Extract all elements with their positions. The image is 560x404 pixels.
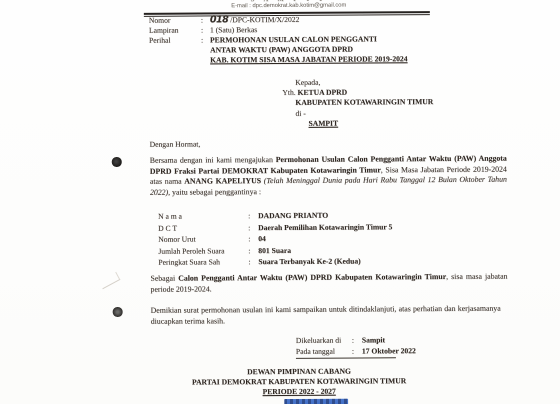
nomor-label: Nomor <box>149 15 201 25</box>
perihal-line3: KAB. KOTIM SISA MASA JABATAN PERIODE 201… <box>210 54 407 64</box>
meta-row-perihal-3: KAB. KOTIM SISA MASA JABATAN PERIODE 201… <box>210 54 407 65</box>
issued-place-row: Dikeluarkan di:Sampit <box>296 335 396 346</box>
peringkat-label: Peringkat Suara Sah <box>158 256 248 268</box>
paragraph-as-replacement: Sebagai Calon Pengganti Antar Waktu (PAW… <box>150 272 507 295</box>
salutation: Dengan Hormat, <box>150 139 201 148</box>
para1-text-3: , yaitu sebagai penggantinya : <box>168 187 261 197</box>
para2-bold: Calon Pengganti Antar Waktu (PAW) DPRD K… <box>178 272 446 283</box>
para2-text-1: Sebagai <box>150 274 178 283</box>
bullet-dot-1 <box>112 157 122 167</box>
yth-label: Yth. <box>282 88 295 97</box>
nomor-value: /DPC-KOTIM/X/2022 <box>230 15 299 24</box>
nomor-urut-colon: : <box>248 233 258 245</box>
candidate-row-peringkat: Peringkat Suara Sah:Suara Terbanyak Ke-2… <box>158 255 392 268</box>
jumlah-suara-colon: : <box>248 245 258 257</box>
lampiran-label: Lampiran <box>149 25 201 35</box>
candidate-detail-list: N a m a:DADANG PRIANTO D C T:Daerah Pemi… <box>158 209 393 268</box>
lampiran-colon: : <box>201 25 210 35</box>
nomor-urut-label: Nomor Urut <box>158 233 248 245</box>
peringkat-value: Suara Terbanyak Ke-2 (Kedua) <box>258 257 360 267</box>
letterhead-email: E-mail : dpc.demokrat.kab.kotim@gmail.co… <box>144 2 434 10</box>
para1-text-1: Bersama dengan ini kami mengajukan <box>150 155 276 165</box>
perihal-line1: PERMOHONAN USULAN CALON PENGGANTI <box>210 34 377 44</box>
issued-date-row: Pada tanggal:17 Oktober 2022 <box>296 346 396 359</box>
issued-place-colon: : <box>352 336 362 347</box>
dct-value: Daerah Pemilihan Kotawaringin Timur 5 <box>258 222 392 232</box>
pencil-smudge-artifact <box>99 272 121 289</box>
candidate-row-dct: D C T:Daerah Pemilihan Kotawaringin Timu… <box>158 221 392 234</box>
lampiran-value: 1 (Satu) Berkas <box>210 25 257 34</box>
recipient-org: KABUPATEN KOTAWARINGIN TIMUR <box>295 97 433 108</box>
nama-value: DADANG PRIANTO <box>258 211 328 220</box>
paragraph-request: Bersama dengan ini kami mengajukan Permo… <box>150 154 507 199</box>
nama-label: N a m a <box>158 210 248 222</box>
issued-date-value: 17 Oktober 2022 <box>362 346 416 355</box>
nomor-colon: : <box>201 15 210 25</box>
issued-date-colon: : <box>352 346 362 357</box>
jumlah-suara-label: Jumlah Peroleh Suara <box>158 245 248 257</box>
letter-meta: Nomor:018 /DPC-KOTIM/X/2022 Lampiran:1 (… <box>149 14 408 66</box>
recipient-city: SAMPIT <box>308 118 433 129</box>
recipient-title: KETUA DPRD <box>298 88 348 97</box>
blue-highlighted-text <box>284 398 348 404</box>
peringkat-colon: : <box>248 256 258 268</box>
perihal-line2: ANTAR WAKTU (PAW) ANGGOTA DPRD <box>210 45 353 55</box>
dct-label: D C T <box>158 222 248 234</box>
perihal-label: Perihal <box>149 35 201 45</box>
paragraph-closing: Demikian surat permohonan usulan ini kam… <box>151 304 501 327</box>
dct-colon: : <box>248 222 258 234</box>
issued-place-value: Sampit <box>362 335 385 344</box>
scan-content: S A M P I T E-mail : dpc.demokrat.kab.ko… <box>0 0 560 404</box>
issued-date-label: Pada tanggal <box>296 346 352 357</box>
perihal-colon: : <box>201 35 210 45</box>
issued-block: Dikeluarkan di:Sampit Pada tanggal:17 Ok… <box>296 335 396 358</box>
organization-block: DEWAN PIMPINAN CABANG PARTAI DEMOKRAT KA… <box>141 366 457 404</box>
issued-place-label: Dikeluarkan di <box>296 336 352 347</box>
jumlah-suara-value: 801 Suara <box>258 245 291 254</box>
bullet-dot-2 <box>113 307 123 317</box>
nomor-urut-value: 04 <box>258 234 266 243</box>
nama-colon: : <box>248 210 258 222</box>
scanned-letter-page: S A M P I T E-mail : dpc.demokrat.kab.ko… <box>0 0 560 404</box>
recipient-block: Kepada, Yth. KETUA DPRD KABUPATEN KOTAWA… <box>282 77 433 129</box>
nomor-handwritten-number: 018 <box>210 14 228 25</box>
org-period: PERIODE 2022 - 2027 <box>141 386 457 398</box>
para1-deceased-name: ANANG KAPELIYUS <box>184 176 261 185</box>
